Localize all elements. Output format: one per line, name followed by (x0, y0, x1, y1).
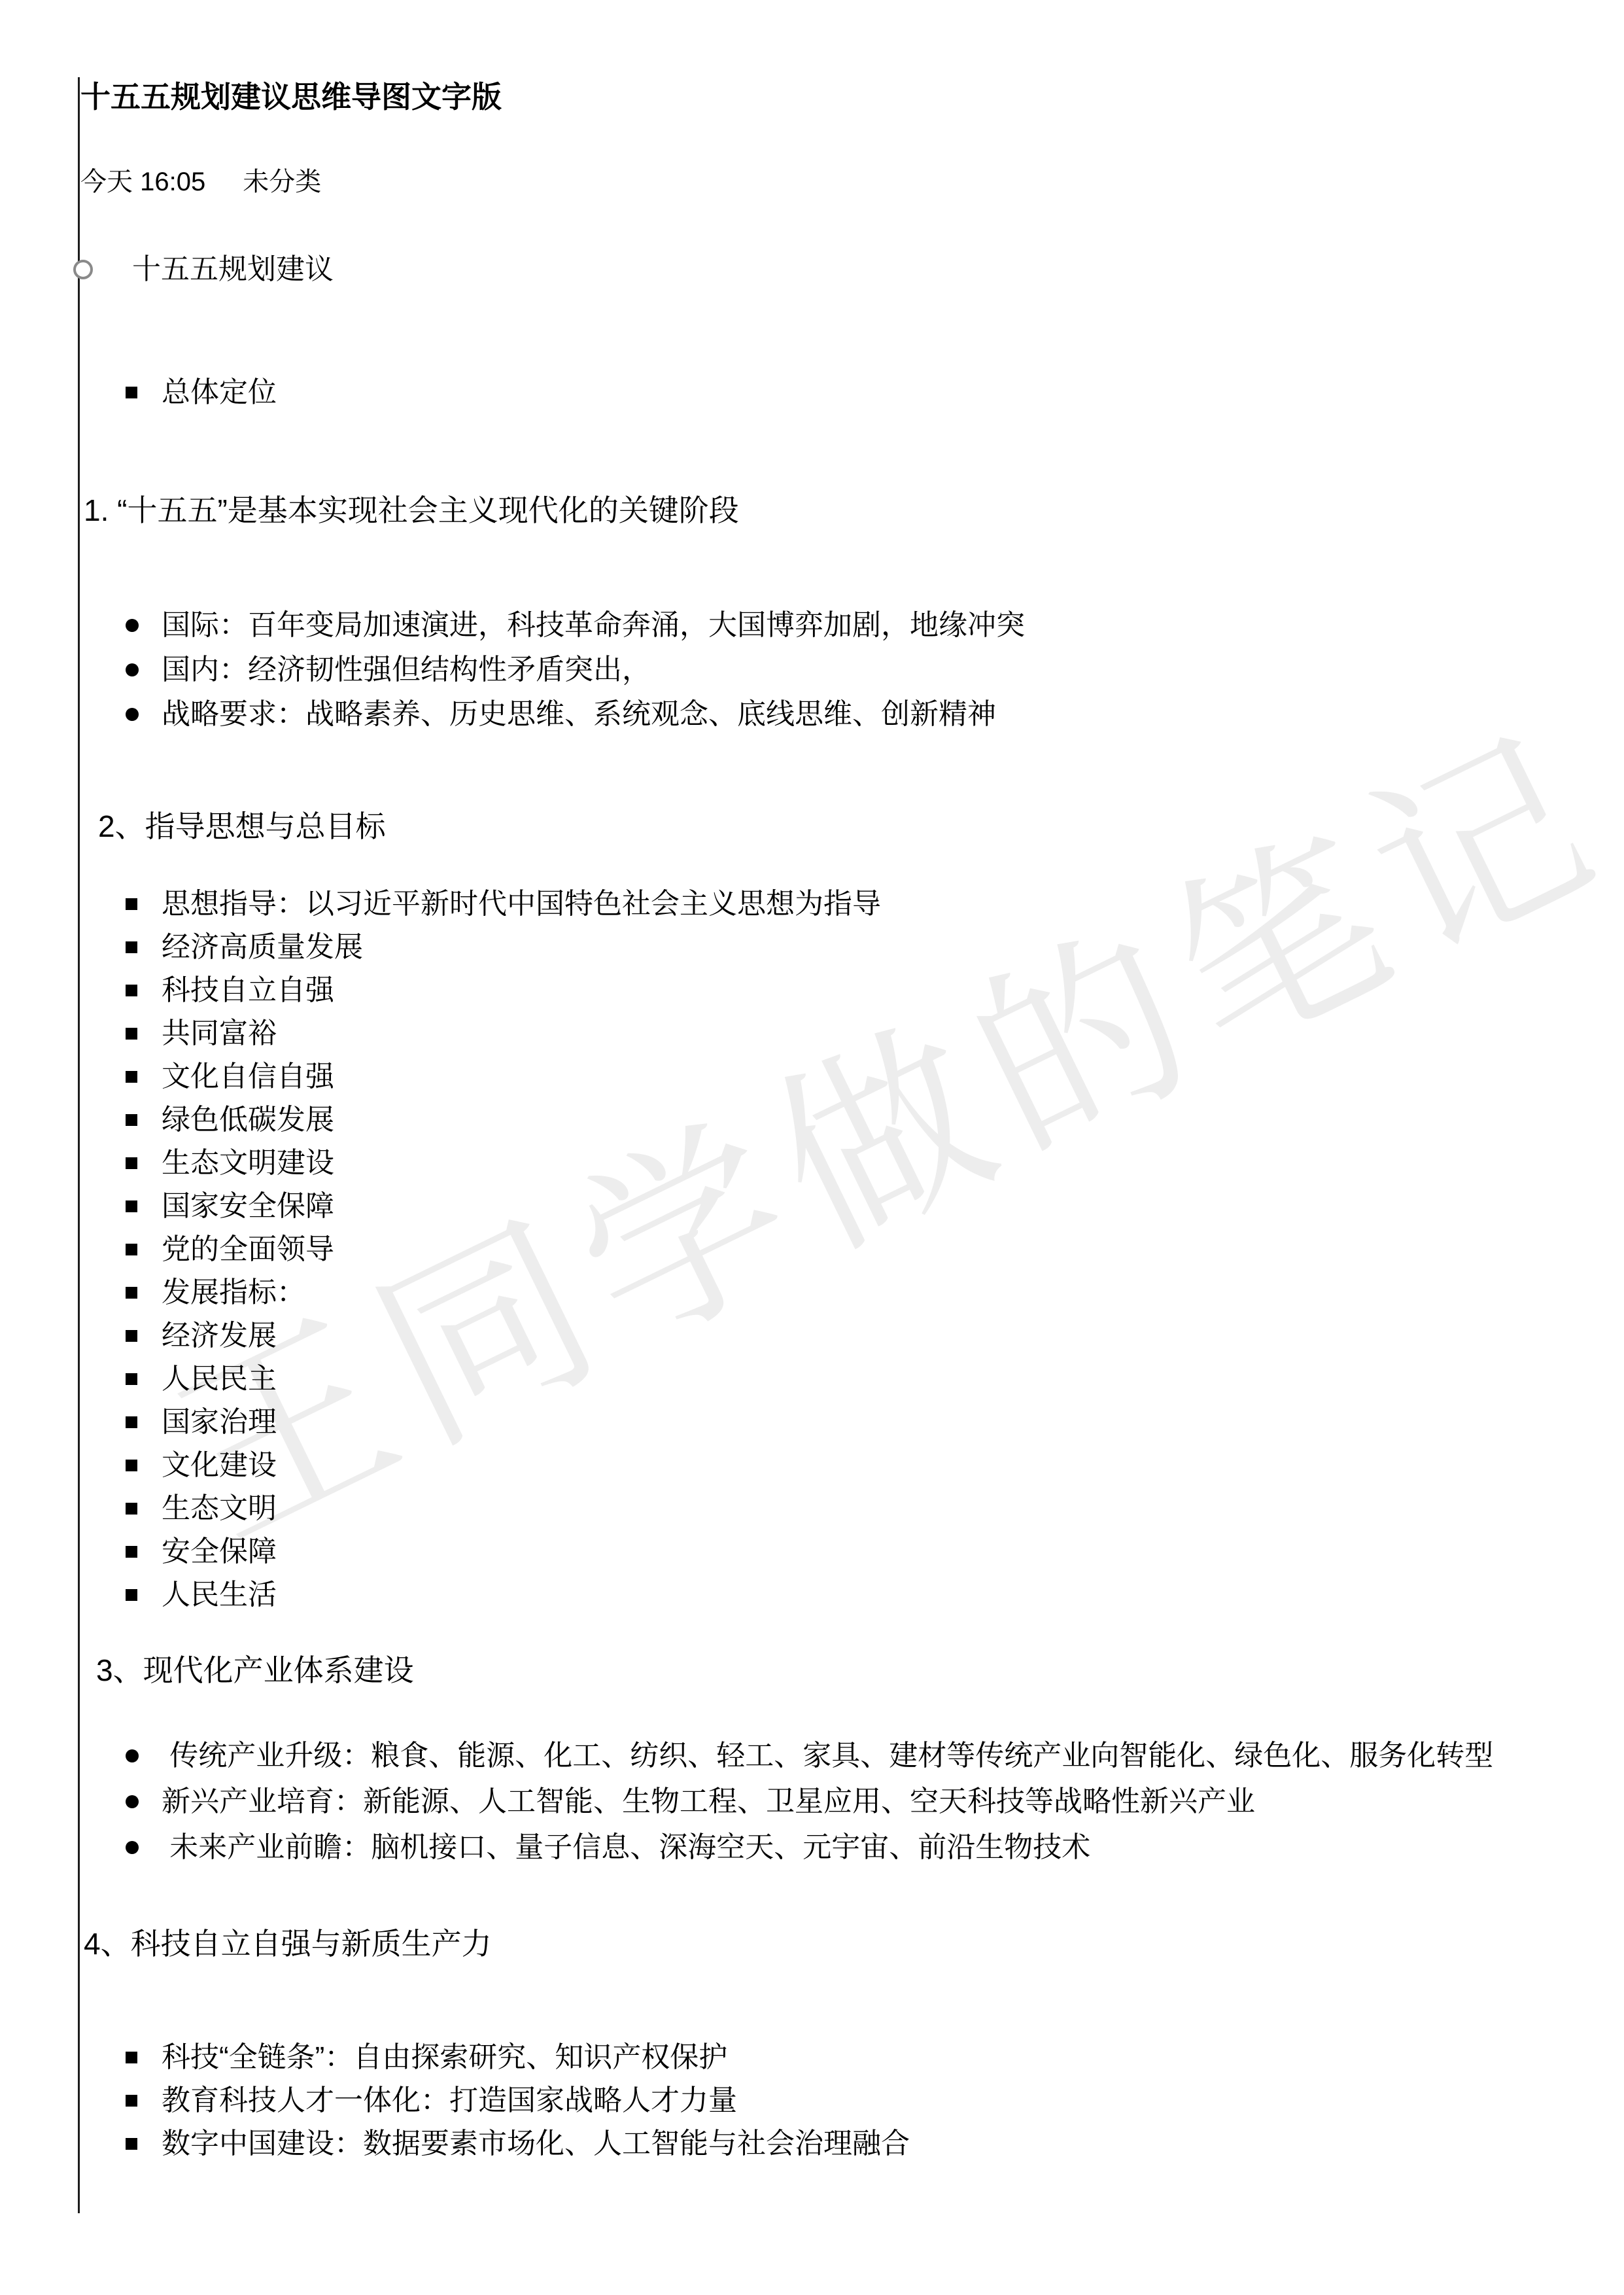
list-item: 生态文明 (0, 1487, 1624, 1530)
list-item: 国家安全保障 (0, 1185, 1624, 1228)
list-item-text: 国家治理 (162, 1406, 277, 1438)
square-bullet-icon (126, 1503, 137, 1515)
list-item: 安全保障 (0, 1530, 1624, 1573)
node-circle-icon[interactable] (73, 260, 93, 279)
list-item: 思想指导：以习近平新时代中国特色社会主义思想为指导 (0, 883, 1624, 926)
note-title: 十五五规划建议思维导图文字版 (80, 77, 1624, 116)
list-item-text: 国内：经济韧性强但结构性矛盾突出， (162, 654, 651, 686)
square-bullet-icon (126, 387, 137, 398)
list-item: 未来产业前瞻：脑机接口、量子信息、深海空天、元宇宙、前沿生物技术 (0, 1825, 1624, 1870)
square-bullet-icon (126, 1071, 137, 1083)
list-item: 科技自立自强 (0, 969, 1624, 1012)
square-bullet-icon (126, 1373, 137, 1385)
list-item: 经济高质量发展 (0, 926, 1624, 969)
list-item-text: 新兴产业培育：新能源、人工智能、生物工程、卫星应用、空天科技等战略性新兴产业 (162, 1785, 1255, 1817)
list-item: 数字中国建设：数据要素市场化、人工智能与社会治理融合 (0, 2122, 1624, 2165)
note-meta: 今天 16:05 未分类 (80, 164, 1624, 200)
list-item-text: 经济发展 (162, 1320, 277, 1352)
square-bullet-icon (126, 898, 137, 910)
section-heading-1: 1. “十五五”是基本实现社会主义现代化的关键阶段 (84, 488, 1624, 533)
square-bullet-icon (126, 941, 137, 953)
square-bullet-icon (126, 2138, 137, 2150)
overview-list: 总体定位 (0, 371, 1624, 414)
list-item-text: 教育科技人才一体化：打造国家战略人才力量 (162, 2084, 737, 2116)
category-tag[interactable]: 未分类 (243, 164, 321, 200)
square-bullet-icon (126, 1460, 137, 1471)
section-heading-3: 3、现代化产业体系建设 (96, 1648, 1624, 1692)
section2-list: 思想指导：以习近平新时代中国特色社会主义思想为指导 经济高质量发展 科技自立自强… (0, 883, 1624, 1617)
square-bullet-icon (126, 1287, 137, 1299)
square-bullet-icon (126, 1244, 137, 1255)
square-bullet-icon (126, 1416, 137, 1428)
square-bullet-icon (126, 2052, 137, 2063)
list-item-text: 未来产业前瞻：脑机接口、量子信息、深海空天、元宇宙、前沿生物技术 (162, 1831, 1090, 1863)
list-item: 经济发展 (0, 1314, 1624, 1358)
list-item-text: 战略要求：战略素养、历史思维、系统观念、底线思维、创新精神 (162, 698, 996, 730)
list-item: 国际：百年变局加速演进，科技革命奔涌，大国博弈加剧，地缘冲突 (0, 603, 1624, 648)
square-bullet-icon (126, 2095, 137, 2107)
list-item: 党的全面领导 (0, 1228, 1624, 1271)
list-item-text: 思想指导：以习近平新时代中国特色社会主义思想为指导 (162, 888, 881, 920)
list-item: 新兴产业培育：新能源、人工智能、生物工程、卫星应用、空天科技等战略性新兴产业 (0, 1779, 1624, 1825)
square-bullet-icon (126, 1330, 137, 1342)
list-item: 绿色低碳发展 (0, 1098, 1624, 1142)
list-item-text: 生态文明 (162, 1492, 277, 1524)
note-timestamp: 今天 16:05 (80, 164, 205, 200)
square-bullet-icon (126, 1546, 137, 1558)
root-node-label: 十五五规划建议 (132, 249, 334, 290)
list-item: 总体定位 (0, 371, 1624, 414)
list-item-text: 经济高质量发展 (162, 931, 363, 963)
section3-list: 传统产业升级：粮食、能源、化工、纺织、轻工、家具、建材等传统产业向智能化、绿色化… (0, 1733, 1624, 1870)
section-heading-4: 4、科技自立自强与新质生产力 (84, 1921, 1624, 1966)
list-item-text: 数字中国建设：数据要素市场化、人工智能与社会治理融合 (162, 2128, 910, 2160)
round-bullet-icon (126, 708, 139, 721)
list-item-text: 文化自信自强 (162, 1060, 334, 1093)
note-content: 十五五规划建议思维导图文字版 今天 16:05 未分类 十五五规划建议 总体定位… (0, 77, 1624, 2165)
list-item: 人民生活 (0, 1573, 1624, 1617)
square-bullet-icon (126, 1114, 137, 1126)
list-item-text: 生态文明建设 (162, 1147, 334, 1179)
list-item: 生态文明建设 (0, 1142, 1624, 1185)
list-item: 国家治理 (0, 1401, 1624, 1444)
square-bullet-icon (126, 1589, 137, 1601)
list-item: 人民民主 (0, 1358, 1624, 1401)
list-item: 文化建设 (0, 1444, 1624, 1487)
mindmap-root-node: 十五五规划建议 (73, 249, 1624, 290)
list-item-text: 总体定位 (162, 376, 277, 408)
round-bullet-icon (126, 619, 139, 632)
list-item: 科技“全链条”：自由探索研究、知识产权保护 (0, 2036, 1624, 2079)
round-bullet-icon (126, 1841, 139, 1854)
list-item-text: 绿色低碳发展 (162, 1104, 334, 1136)
list-item: 文化自信自强 (0, 1055, 1624, 1098)
list-item: 战略要求：战略素养、历史思维、系统观念、底线思维、创新精神 (0, 692, 1624, 737)
list-item: 共同富裕 (0, 1012, 1624, 1055)
round-bullet-icon (126, 1795, 139, 1808)
list-item-text: 共同富裕 (162, 1017, 277, 1049)
list-item-text: 党的全面领导 (162, 1233, 334, 1265)
list-item: 教育科技人才一体化：打造国家战略人才力量 (0, 2079, 1624, 2122)
section4-list: 科技“全链条”：自由探索研究、知识产权保护 教育科技人才一体化：打造国家战略人才… (0, 2036, 1624, 2165)
list-item-text: 国家安全保障 (162, 1190, 334, 1222)
list-item-text: 人民生活 (162, 1579, 277, 1611)
list-item-text: 科技自立自强 (162, 974, 334, 1006)
list-item-text: 文化建设 (162, 1449, 277, 1481)
square-bullet-icon (126, 1028, 137, 1040)
square-bullet-icon (126, 1157, 137, 1169)
section1-list: 国际：百年变局加速演进，科技革命奔涌，大国博弈加剧，地缘冲突 国内：经济韧性强但… (0, 603, 1624, 737)
list-item: 发展指标： (0, 1271, 1624, 1314)
list-item-text: 人民民主 (162, 1363, 277, 1395)
list-item: 国内：经济韧性强但结构性矛盾突出， (0, 648, 1624, 692)
section-heading-2: 2、指导思想与总目标 (98, 804, 1624, 849)
list-item: 传统产业升级：粮食、能源、化工、纺织、轻工、家具、建材等传统产业向智能化、绿色化… (0, 1733, 1624, 1779)
list-item-text: 科技“全链条”：自由探索研究、知识产权保护 (162, 2041, 727, 2073)
list-item-text: 发展指标： (162, 1276, 305, 1308)
square-bullet-icon (126, 985, 137, 996)
list-item-text: 传统产业升级：粮食、能源、化工、纺织、轻工、家具、建材等传统产业向智能化、绿色化… (162, 1740, 1493, 1772)
round-bullet-icon (126, 1749, 139, 1762)
note-page: 王同学做的笔记 十五五规划建议思维导图文字版 今天 16:05 未分类 十五五规… (0, 0, 1624, 2295)
list-item-text: 安全保障 (162, 1535, 277, 1568)
list-item-text: 国际：百年变局加速演进，科技革命奔涌，大国博弈加剧，地缘冲突 (162, 609, 1025, 641)
square-bullet-icon (126, 1200, 137, 1212)
round-bullet-icon (126, 663, 139, 676)
